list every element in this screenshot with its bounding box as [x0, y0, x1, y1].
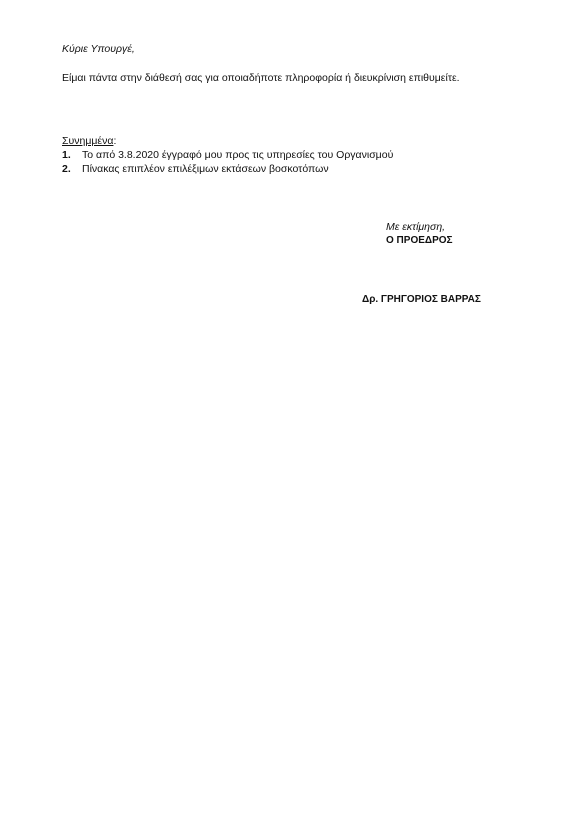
body-paragraph: Είμαι πάντα στην διάθεσή σας για οποιαδή… [62, 72, 460, 84]
signatory-name: Δρ. ΓΡΗΓΟΡΙΟΣ ΒΑΡΡΑΣ [362, 294, 481, 305]
attachments-heading-colon: : [113, 135, 116, 147]
attachments-heading: Συνημμένα: [62, 135, 116, 147]
attachment-number: 2. [62, 163, 82, 175]
signatory-title: Ο ΠΡΟΕΔΡΟΣ [386, 235, 453, 246]
attachments-heading-label: Συνημμένα [62, 135, 113, 147]
closing-phrase: Με εκτίμηση, [386, 221, 445, 233]
salutation: Κύριε Υπουργέ, [62, 43, 135, 55]
attachment-item: 2.Πίνακας επιπλέον επιλέξιμων εκτάσεων β… [62, 163, 329, 175]
attachment-text: Το από 3.8.2020 έγγραφό μου προς τις υπη… [82, 149, 393, 161]
attachment-text: Πίνακας επιπλέον επιλέξιμων εκτάσεων βοσ… [82, 163, 329, 175]
attachment-number: 1. [62, 149, 82, 161]
attachment-item: 1.Το από 3.8.2020 έγγραφό μου προς τις υ… [62, 149, 393, 161]
